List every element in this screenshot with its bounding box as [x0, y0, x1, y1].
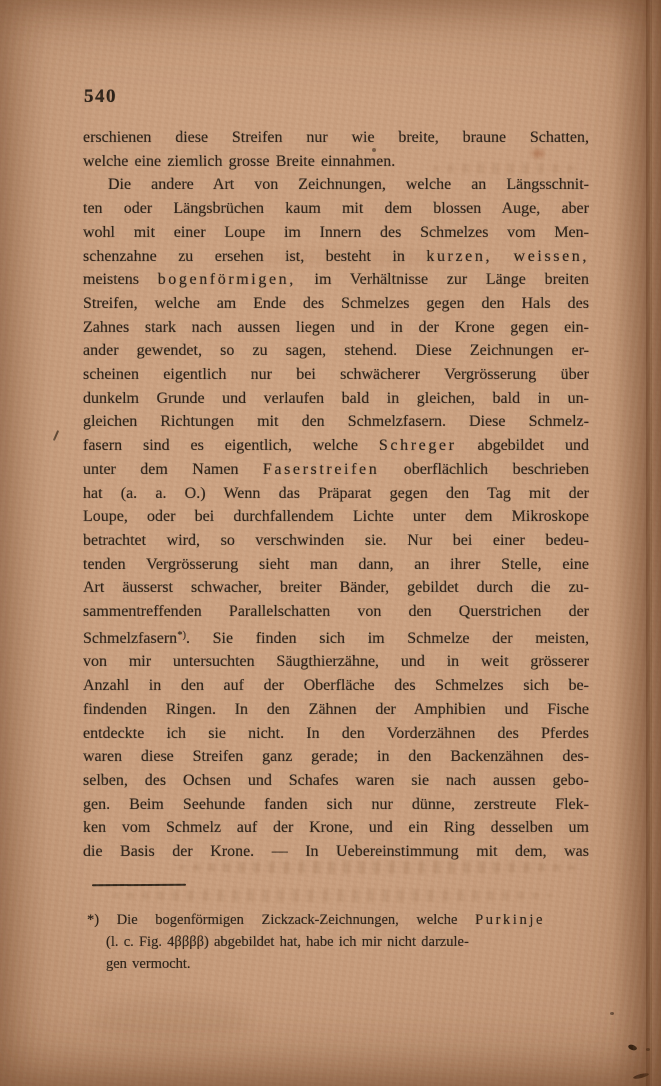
body-line: Streifen, welche am Ende des Schmelzes g…	[83, 292, 589, 316]
body-line: welche eine ziemlich grosse Breite einna…	[83, 150, 589, 174]
footnote-line: *) Die bogenförmigen Zickzack-Zeichnunge…	[87, 909, 545, 931]
body-line: tenden Vergrösserung sieht man dann, an …	[83, 553, 589, 577]
page-number: 540	[84, 86, 117, 108]
text-segment: selben, des Ochsen und Schafes waren sie…	[83, 772, 589, 789]
letterspaced-word: Faserstreifen	[263, 461, 379, 478]
text-segment: von mir untersuchten Säugthierzähne, und…	[83, 653, 589, 670]
text-segment: ten oder Längsbrüchen kaum mit dem bloss…	[83, 200, 589, 217]
text-segment: gen vermocht.	[106, 956, 191, 972]
page-edge-strip	[650, 0, 661, 1086]
letterspaced-word: bogenförmigen,	[158, 271, 296, 288]
margin-stray-mark	[53, 430, 59, 441]
body-line: ten oder Längsbrüchen kaum mit dem bloss…	[83, 197, 589, 221]
body-line: scheinen eigentlich nur bei schwächerer …	[83, 363, 589, 387]
body-line: meistens bogenförmigen, im Verhältnisse …	[83, 268, 589, 292]
text-segment: betrachtet wird, so verschwinden sie. Nu…	[83, 532, 589, 549]
paper-stain	[90, 1000, 250, 1040]
body-line: selben, des Ochsen und Schafes waren sie…	[83, 769, 589, 793]
body-line: erschienen diese Streifen nur wie breite…	[83, 126, 589, 150]
ink-bleedthrough	[112, 889, 552, 902]
text-segment: gen. Beim Seehunde fanden sich nur dünne…	[83, 796, 589, 813]
text-segment: hat (a. a. O.) Wenn das Präparat gegen d…	[83, 485, 589, 502]
body-line: fasern sind es eigentlich, welche Schreg…	[83, 434, 589, 458]
body-line: die Basis der Krone. — In Uebereinstimmu…	[83, 840, 589, 864]
footnote-line: gen vermocht.	[87, 953, 545, 975]
text-segment: unter dem Namen	[83, 461, 263, 478]
body-line: gen. Beim Seehunde fanden sich nur dünne…	[83, 793, 589, 817]
text-segment: gleichen Richtungen mit den Schmelzfaser…	[83, 413, 589, 430]
ink-speck	[372, 148, 376, 152]
text-segment: tenden Vergrösserung sieht man dann, an …	[83, 556, 589, 573]
text-segment: Die andere Art von Zeichnungen, welche a…	[108, 176, 589, 193]
body-line: hat (a. a. O.) Wenn das Präparat gegen d…	[83, 482, 589, 506]
text-segment: die Basis der Krone. — In Uebereinstimmu…	[83, 843, 589, 860]
text-segment: waren diese Streifen ganz gerade; in den…	[83, 748, 589, 765]
text-segment: *) Die bogenförmigen Zickzack-Zeichnunge…	[87, 912, 475, 928]
letterspaced-word: Purkinje	[475, 912, 545, 928]
text-segment: im Verhältnisse zur Länge breiten	[296, 271, 589, 288]
body-line: von mir untersuchten Säugthierzähne, und…	[83, 650, 589, 674]
text-segment: Zahnes stark nach aussen liegen und in d…	[83, 319, 589, 336]
text-segment: abgebildet und	[457, 437, 589, 454]
text-segment: fasern sind es eigentlich, welche	[83, 437, 379, 454]
text-segment: meistens	[83, 271, 158, 288]
letterspaced-word: weissen,	[514, 248, 589, 265]
text-segment: ander gewendet, so zu sagen, stehend. Di…	[83, 342, 589, 359]
text-segment: Art äusserst schwacher, breiter Bänder, …	[83, 579, 589, 596]
text-segment: entdeckte ich sie nicht. In den Vorderzä…	[83, 725, 589, 742]
footnote-line: (l. c. Fig. 4ββββ) abgebildet hat, habe …	[87, 931, 545, 953]
body-line: dunkelm Grunde und verlaufen bald in gle…	[83, 387, 589, 411]
body-line: Die andere Art von Zeichnungen, welche a…	[83, 173, 589, 197]
text-segment: Schmelzfasern	[83, 630, 177, 647]
text-segment: schenzahne zu ersehen ist, besteht in	[83, 248, 426, 265]
text-segment: wohl mit einer Loupe im Innern des Schme…	[83, 224, 589, 241]
text-segment: erschienen diese Streifen nur wie breite…	[83, 129, 589, 146]
text-segment	[492, 248, 513, 265]
text-segment: scheinen eigentlich nur bei schwächerer …	[83, 366, 589, 383]
text-segment: oberflächlich beschrieben	[379, 461, 589, 478]
footnote-text: *) Die bogenförmigen Zickzack-Zeichnunge…	[87, 909, 545, 975]
body-line: Loupe, oder bei durchfallendem Lichte un…	[83, 505, 589, 529]
footnote-marker: *)	[177, 630, 186, 641]
body-line: schenzahne zu ersehen ist, besteht in ku…	[83, 245, 589, 269]
body-line: findenden Ringen. In den Zähnen der Amph…	[83, 698, 589, 722]
text-segment: ken vom Schmelz auf der Krone, und ein R…	[83, 819, 589, 836]
text-segment: findenden Ringen. In den Zähnen der Amph…	[83, 701, 589, 718]
body-text: erschienen diese Streifen nur wie breite…	[83, 126, 589, 864]
body-line: entdeckte ich sie nicht. In den Vorderzä…	[83, 722, 589, 746]
text-segment: (l. c. Fig. 4ββββ) abgebildet hat, habe …	[106, 934, 469, 950]
text-segment: Streifen, welche am Ende des Schmelzes g…	[83, 295, 589, 312]
body-line: Anzahl in den auf der Oberfläche des Sch…	[83, 674, 589, 698]
body-line: betrachtet wird, so verschwinden sie. Nu…	[83, 529, 589, 553]
text-segment: . Sie finden sich im Schmelze der meiste…	[186, 630, 589, 647]
text-segment: welche eine ziemlich grosse Breite einna…	[83, 153, 395, 170]
letterspaced-word: Schreger	[379, 437, 457, 454]
text-segment: dunkelm Grunde und verlaufen bald in gle…	[83, 390, 589, 407]
body-line: ander gewendet, so zu sagen, stehend. Di…	[83, 339, 589, 363]
body-line: waren diese Streifen ganz gerade; in den…	[83, 745, 589, 769]
body-line: ken vom Schmelz auf der Krone, und ein R…	[83, 816, 589, 840]
body-line: sammentreffenden Parallelschatten von de…	[83, 600, 589, 624]
footnote-separator-rule	[92, 884, 186, 887]
body-line: Schmelzfasern*). Sie finden sich im Schm…	[83, 624, 589, 651]
text-segment: Loupe, oder bei durchfallendem Lichte un…	[83, 508, 589, 525]
body-line: gleichen Richtungen mit den Schmelzfaser…	[83, 410, 589, 434]
scanned-book-page: 540 erschienen diese Streifen nur wie br…	[0, 0, 661, 1086]
text-segment: sammentreffenden Parallelschatten von de…	[83, 603, 589, 620]
body-line: wohl mit einer Loupe im Innern des Schme…	[83, 221, 589, 245]
letterspaced-word: kurzen,	[426, 248, 492, 265]
body-line: Zahnes stark nach aussen liegen und in d…	[83, 316, 589, 340]
body-line: Art äusserst schwacher, breiter Bänder, …	[83, 576, 589, 600]
body-line: unter dem Namen Faserstreifen oberflächl…	[83, 458, 589, 482]
text-segment: Anzahl in den auf der Oberfläche des Sch…	[83, 677, 589, 694]
